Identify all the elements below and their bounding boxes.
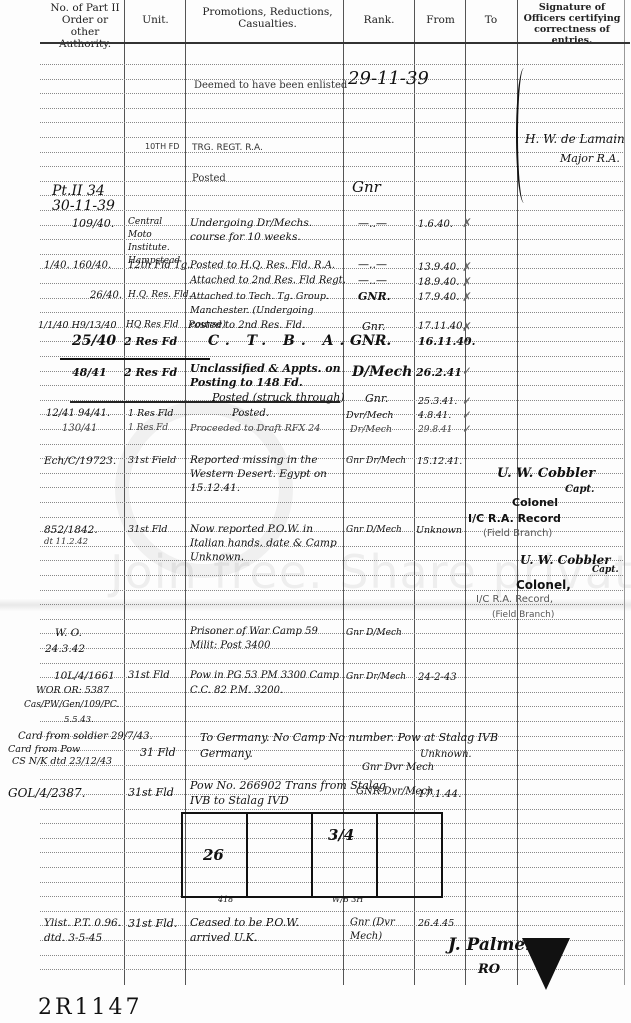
signature-2-stamp-branch: (Field Branch) — [483, 528, 552, 539]
entry-unit: 31st Fld — [128, 524, 168, 535]
entry-rank: Dr/Mech — [350, 424, 392, 435]
entry-rank: Gnr Dr/Mech — [346, 456, 406, 466]
signature-2-name: U. W. Cobbler — [497, 466, 595, 481]
v-mark-stamp — [522, 938, 570, 990]
entry-unit: 31st Fld. — [128, 917, 177, 930]
entry-authority: Pt.II 34 — [52, 183, 105, 199]
ruled-line — [40, 575, 623, 576]
entry-event: Proceeded to Draft RFX 24 — [190, 423, 320, 434]
entry-from: 26.2.41 — [416, 366, 462, 379]
signature-1-name: H. W. de Lamain — [525, 132, 625, 146]
entry-event: C. T. B. A. — [208, 333, 350, 349]
ruled-line — [40, 356, 623, 357]
ruled-line — [40, 93, 623, 94]
entry-event: Now reported P.O.W. in Italian hands. da… — [190, 522, 340, 564]
entry-authority-line3: CS N/K dtd 23/12/43 — [12, 756, 112, 767]
entry-unit: H.Q. Res. Fld. — [128, 290, 192, 300]
ruled-line — [40, 210, 623, 211]
entry-authority: 109/40. — [72, 217, 114, 230]
posted-label: Posted — [192, 173, 226, 184]
strike-line — [60, 358, 210, 360]
ruled-line — [40, 195, 623, 196]
entry-unit: 31st Field — [128, 455, 176, 466]
check-mark: ✗ — [462, 320, 472, 334]
entry-rank: Gnr. — [365, 392, 388, 405]
signature-2-title: Capt. — [565, 484, 595, 495]
header-to: To — [468, 14, 514, 26]
signature-3-title: Capt. — [592, 565, 619, 575]
ruled-line — [40, 152, 623, 153]
deemed-enlisted-label: Deemed to have been enlisted — [194, 80, 347, 91]
entry-authority-line2: Card from Pow — [8, 744, 80, 755]
signature-1-title: Major R.A. — [560, 152, 620, 165]
entry-authority: 1/1/40 H9/13/40 — [38, 320, 117, 331]
entry-rank: GNR. — [350, 333, 391, 349]
header-promotions: Promotions, Reductions, Casualties. — [195, 6, 340, 30]
ruled-line — [40, 64, 623, 65]
entry-unit: 31 Fld — [140, 746, 176, 759]
entry-rank: Gnr. — [362, 320, 385, 333]
entry-authority-line3: Cas/PW/Gen/109/PC. — [24, 700, 119, 710]
entry-rank: —..— — [358, 274, 387, 287]
check-mark: ✓ — [462, 334, 472, 348]
entry-from: 17.1.44. — [418, 788, 461, 800]
service-record-sheet: Join free. Share privately No. of Part I… — [0, 0, 631, 1023]
entry-event: Attached to 2nd Res. Fld Regt. — [190, 275, 346, 286]
entry-from: 29.8.41 — [418, 425, 452, 435]
entry-authority-line4: 5.5.43. — [64, 715, 94, 725]
entry-authority: 48/41 — [72, 366, 107, 379]
entry-authority: Ylist. P.T. 0.96. — [44, 917, 121, 929]
entry-from: 13.9.40. — [418, 262, 459, 273]
entry-rank: —..— — [358, 258, 387, 271]
entry-rank: Gnr D/Mech — [346, 628, 402, 638]
entry-from: 4.8.41. — [418, 410, 451, 421]
entry-authority-date: dt 11.2.42 — [44, 537, 88, 547]
header-from: From — [418, 14, 463, 26]
box-cell-3-value: 3/4 — [328, 826, 354, 844]
entry-event: Unclassified & Appts. on Posting to 148 … — [190, 362, 342, 390]
entry-authority-date: 24.3.42 — [45, 643, 85, 655]
signature-3-stamp-colonel: Colonel, — [516, 578, 571, 592]
check-mark: ✓ — [462, 422, 472, 436]
signature-3-stamp-record: I/C R.A. Record, — [476, 594, 553, 605]
entry-event: Posted. — [232, 408, 269, 419]
check-mark: ✓ — [462, 364, 472, 378]
entry-authority: 12/41 94/41. — [46, 408, 110, 419]
ruled-line — [40, 809, 623, 810]
entry-authority: GOL/4/2387. — [8, 786, 85, 800]
entry-rank: Gnr Dr/Mech — [346, 672, 406, 682]
entry-from: Unknown. — [420, 749, 472, 760]
enlisted-date: 29-11-39 — [348, 68, 429, 89]
ruled-line — [40, 706, 623, 707]
header-signature: Signature of Officers certifying correct… — [520, 2, 624, 46]
entry-authority: 852/1842. — [44, 524, 98, 536]
entry-unit: 12th Fld Tg. — [128, 260, 190, 271]
entry-unit: 31st Fld — [128, 786, 174, 799]
ruled-line — [40, 663, 623, 664]
ruled-line — [40, 911, 623, 912]
signature-2-stamp-colonel: Colonel — [512, 496, 558, 509]
entry-authority-line2: WOR OR: 5387 — [36, 685, 109, 696]
entry-from: 15.12.41. — [417, 456, 462, 467]
ruled-line — [40, 122, 623, 123]
ruled-line — [40, 444, 623, 445]
entry-event: Ceased to be P.O.W. arrived U.K. — [190, 915, 342, 945]
box-divider — [246, 814, 248, 896]
entry-rank: Gnr D/Mech — [346, 525, 402, 535]
ruled-line — [40, 765, 623, 766]
entry-from: Unknown — [416, 525, 462, 536]
entry-authority: 26/40. — [90, 290, 122, 301]
entry-rank: Gnr (Dvr Mech) — [350, 916, 410, 944]
entry-authority: Card from soldier 29/7/43. — [18, 731, 153, 742]
box-divider — [376, 814, 378, 896]
entry-authority-date: dtd. 3-5-45 — [44, 932, 102, 944]
entry-from: 17.9.40. — [418, 292, 459, 303]
entry-event: Pow in PG 53 PM 3300 Camp C.C. 82 P.M. 3… — [190, 668, 342, 698]
entry-authority: Ech/C/19723. — [44, 455, 116, 467]
stamp-box: 26 3/4 — [181, 812, 443, 898]
check-mark: ✓ — [462, 408, 472, 422]
entry-unit: 31st Fld — [128, 670, 170, 681]
entry-from: 18.9.40. — [418, 277, 459, 288]
entry-event: Posted (struck through) — [212, 391, 345, 404]
ruled-line — [40, 166, 623, 167]
signature-4-title: RO — [478, 962, 500, 977]
entry-authority: 130/41 — [62, 423, 97, 434]
entry-authority: 1/40. 160/40. — [44, 260, 111, 271]
entry-from: 25.3.41. — [418, 396, 457, 407]
entry-event: Prisoner of War Camp 59 Milit: Post 3400 — [190, 625, 342, 653]
entry-rank: Gnr — [352, 178, 381, 196]
entry-event: Posted to H.Q. Res. Fld. R.A. — [190, 260, 335, 271]
check-mark: ✓ — [462, 394, 472, 408]
entry-unit: 1 Res Fld — [128, 408, 173, 419]
entry-rank: Dvr/Mech — [346, 410, 394, 421]
entry-authority: W. O. — [55, 627, 82, 639]
entry-from: 26.4.45 — [418, 918, 454, 929]
entry-authority: 10L/4/1661 — [54, 670, 115, 682]
box-below-1: 418 — [218, 895, 233, 904]
header-unit: Unit. — [128, 14, 183, 26]
box-cell-1-value: 26 — [203, 846, 224, 864]
entry-rank: Gnr Dvr Mech — [362, 762, 434, 773]
check-mark: ✗ — [462, 260, 472, 274]
entry-rank: —..— — [358, 217, 387, 230]
entry-event: Reported missing in the Western Desert. … — [190, 453, 340, 495]
entry-from: 1.6.40. — [418, 219, 453, 230]
entry-rank: D/Mech — [352, 364, 412, 380]
box-divider — [311, 814, 313, 896]
box-below-2: W/B 3H — [332, 895, 363, 904]
signature-2-stamp-record: I/C R.A. Record — [468, 512, 561, 525]
entry-event: Posted to 2nd Res. Fld. — [188, 320, 305, 331]
signature-3-stamp-branch: (Field Branch) — [492, 610, 554, 620]
check-mark: ✗ — [462, 290, 472, 304]
entry-from: 17.11.40. — [418, 321, 466, 332]
header-rule — [40, 42, 630, 44]
entry-unit: 2 Res Fd — [124, 366, 177, 379]
ruled-line — [40, 181, 623, 182]
header-rank: Rank. — [348, 14, 410, 26]
entry-unit: 2 Res Fd — [124, 335, 177, 348]
entry-unit: 1 Res Fd — [128, 423, 168, 433]
entry-from: 24-2-43 — [418, 672, 457, 683]
entry-authority: 25/40 — [72, 333, 116, 349]
check-mark: ✗ — [462, 216, 472, 230]
entry-authority-date: 30-11-39 — [52, 198, 115, 214]
entry-event: Undergoing Dr/Mechs. course for 10 weeks… — [190, 216, 340, 244]
ruled-line — [40, 108, 623, 109]
page-edge — [624, 0, 625, 985]
entry-unit: HQ Res Fld — [126, 320, 179, 330]
ruled-line — [40, 721, 623, 722]
unit-stamp: 10TH FD — [145, 142, 179, 151]
regt-stamp: TRG. REGT. R.A. — [192, 143, 263, 153]
check-mark: ✗ — [462, 275, 472, 289]
entry-rank: GNR. — [358, 290, 390, 303]
service-number: 2R1147 — [38, 995, 143, 1020]
